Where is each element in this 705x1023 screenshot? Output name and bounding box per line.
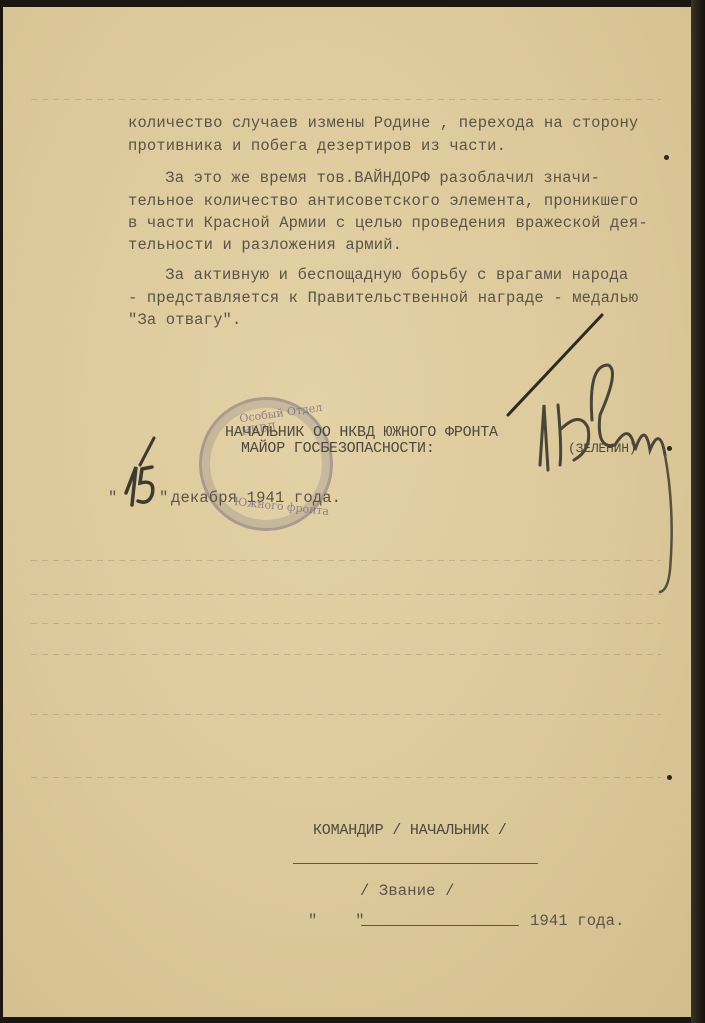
body-line: За это же время тов.ВАЙНДОРФ разоблачил … <box>118 167 600 189</box>
binding-edge <box>691 0 705 1023</box>
body-line: - представляется к Правительственной наг… <box>128 287 638 309</box>
rank-label: / Звание / <box>360 880 455 902</box>
body-line: противника и побега дезертиров из части. <box>128 135 506 157</box>
date-open-quote: " <box>108 487 117 509</box>
signature-underline <box>293 863 538 864</box>
guide-line <box>31 623 661 624</box>
guide-line <box>31 714 661 715</box>
body-line: За активную и беспощадную борьбу с врага… <box>118 264 628 286</box>
date-underline <box>361 925 519 926</box>
body-line: "За отвагу". <box>128 309 241 331</box>
punch-mark <box>667 775 672 780</box>
body-line: в части Красной Армии с целью проведения… <box>128 212 648 234</box>
guide-line <box>31 99 661 100</box>
handwritten-day <box>118 435 163 510</box>
commander-label: КОМАНДИР / НАЧАЛЬНИК / <box>313 820 507 842</box>
body-line: тельное количество антисоветского элемен… <box>128 190 638 212</box>
date-year-suffix: 1941 года. <box>530 910 625 932</box>
guide-line <box>31 654 661 655</box>
date-quotes-blank: " " <box>308 910 365 932</box>
signatory-rank: МАЙОР ГОСБЕЗОПАСНОСТИ: <box>241 438 435 460</box>
official-stamp: Особый Отдел НКВД Южного фронта <box>199 397 333 531</box>
body-line: тельности и разложения армий. <box>128 234 402 256</box>
guide-line <box>31 777 661 778</box>
handwritten-signature <box>500 310 690 600</box>
punch-mark <box>664 155 669 160</box>
body-line: количество случаев измены Родине , перех… <box>128 112 638 134</box>
date-month-year: декабря 1941 года. <box>171 487 341 509</box>
